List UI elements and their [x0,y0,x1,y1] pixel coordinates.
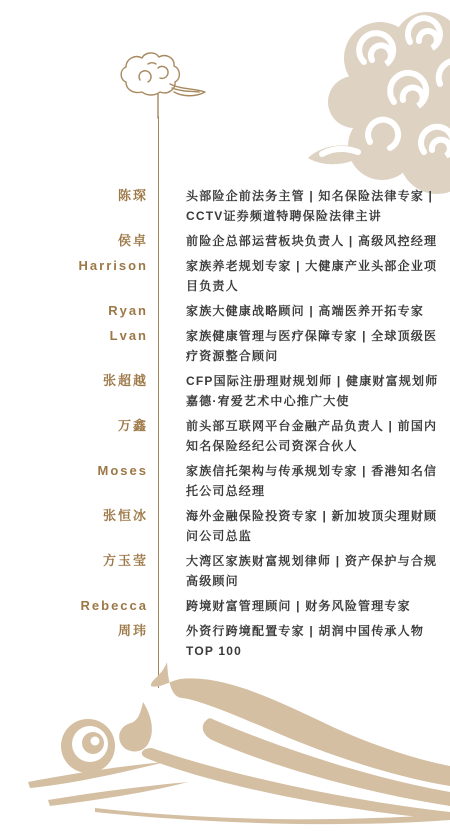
member-name: Ryan [0,301,150,321]
member-description: 大湾区家族财富规划律师 | 资产保护与合规 高级顾问 [186,551,450,591]
list-item: Harrison家族养老规划专家 | 大健康产业头部企业项 目负责人 [0,256,450,296]
member-name: Lvan [0,326,150,366]
list-item: 方玉莹大湾区家族财富规划律师 | 资产保护与合规 高级顾问 [0,551,450,591]
member-description: 家族健康管理与医疗保障专家 | 全球顶级医 疗资源整合顾问 [186,326,450,366]
list-item: Lvan家族健康管理与医疗保障专家 | 全球顶级医 疗资源整合顾问 [0,326,450,366]
member-name: 万鑫 [0,416,150,456]
list-item: 陈琛头部险企前法务主管 | 知名保险法律专家 | CCTV证券频道特聘保险法律主… [0,186,450,226]
member-name: 方玉莹 [0,551,150,591]
member-name: Moses [0,461,150,501]
auspicious-cloud-icon [292,6,450,206]
member-name: 张恒冰 [0,506,150,546]
expert-list: 陈琛头部险企前法务主管 | 知名保险法律专家 | CCTV证券频道特聘保险法律主… [0,186,450,661]
list-item: 张超越CFP国际注册理财规划师 | 健康财富规划师 嘉德·宥爱艺术中心推广大使 [0,371,450,411]
member-name: Harrison [0,256,150,296]
list-item: Moses家族信托架构与传承规划专家 | 香港知名信 托公司总经理 [0,461,450,501]
member-description: 前险企总部运营板块负责人 | 高级风控经理 [186,231,450,251]
list-item: 张恒冰海外金融保险投资专家 | 新加坡顶尖理财顾 问公司总监 [0,506,450,546]
list-item: 侯卓前险企总部运营板块负责人 | 高级风控经理 [0,231,450,251]
member-name: 陈琛 [0,186,150,226]
member-description: 前头部互联网平台金融产品负责人 | 前国内 知名保险经纪公司资深合伙人 [186,416,450,456]
member-description: 跨境财富管理顾问 | 财务风险管理专家 [186,596,450,616]
list-item: 万鑫前头部互联网平台金融产品负责人 | 前国内 知名保险经纪公司资深合伙人 [0,416,450,456]
member-description: 家族信托架构与传承规划专家 | 香港知名信 托公司总经理 [186,461,450,501]
member-description: 家族养老规划专家 | 大健康产业头部企业项 目负责人 [186,256,450,296]
member-name: Rebecca [0,596,150,616]
member-description: 头部险企前法务主管 | 知名保险法律专家 | CCTV证券频道特聘保险法律主讲 [186,186,450,226]
list-item: Rebecca跨境财富管理顾问 | 财务风险管理专家 [0,596,450,616]
ruyi-cloud-scepter-icon [104,50,214,120]
member-name: 张超越 [0,371,150,411]
list-item: Ryan家族大健康战略顾问 | 高端医养开拓专家 [0,301,450,321]
wave-decoration [0,650,450,825]
member-description: 家族大健康战略顾问 | 高端医养开拓专家 [186,301,450,321]
expert-roster-page: 陈琛头部险企前法务主管 | 知名保险法律专家 | CCTV证券频道特聘保险法律主… [0,0,450,838]
member-description: 海外金融保险投资专家 | 新加坡顶尖理财顾 问公司总监 [186,506,450,546]
member-name: 侯卓 [0,231,150,251]
member-description: CFP国际注册理财规划师 | 健康财富规划师 嘉德·宥爱艺术中心推广大使 [186,371,450,411]
